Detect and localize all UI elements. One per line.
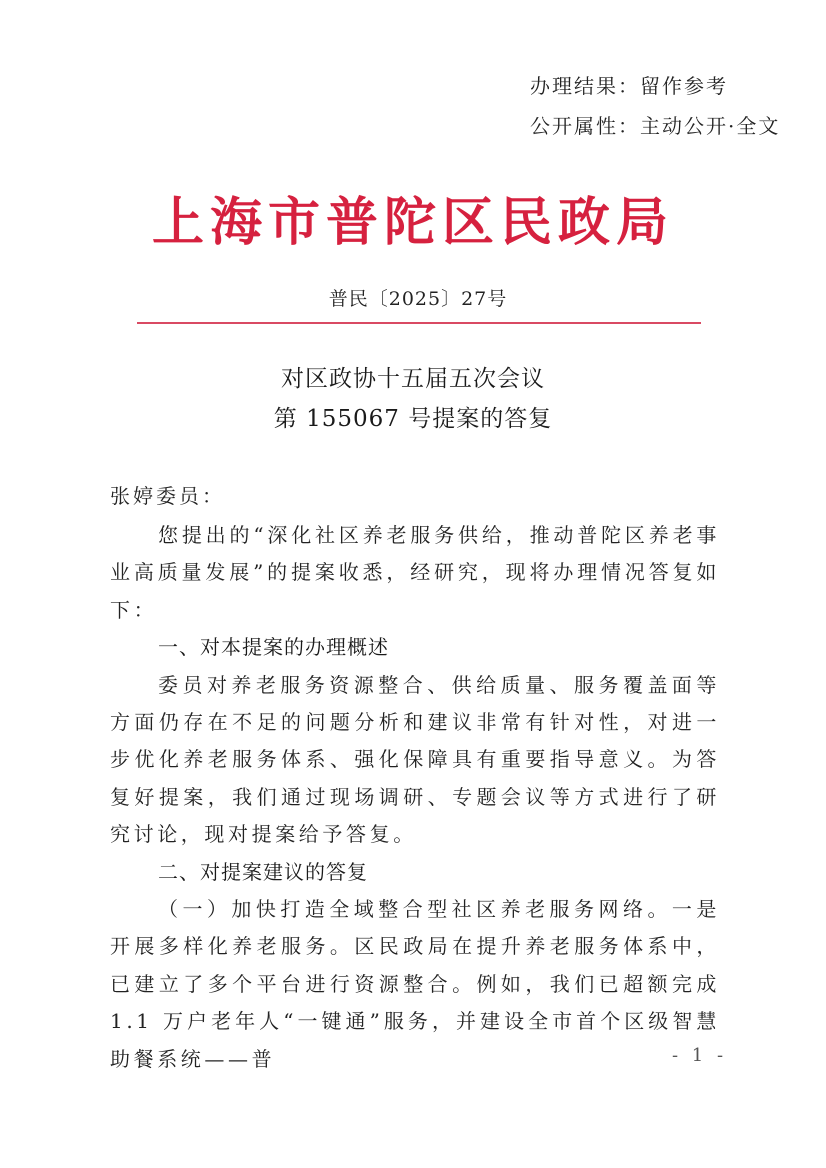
section-heading-overview: 一、对本提案的办理概述 bbox=[110, 629, 720, 666]
handling-result: 办理结果：留作参考 bbox=[530, 70, 728, 99]
body-paragraph-overview: 委员对养老服务资源整合、供给质量、服务覆盖面等方面仍存在不足的问题分析和建议非常… bbox=[110, 667, 720, 854]
salutation: 张婷委员： bbox=[110, 480, 225, 509]
subject-line-1: 对区政协十五届五次会议 bbox=[0, 360, 826, 393]
document-body: 您提出的“深化社区养老服务供给，推动普陀区养老事业高质量发展”的提案收悉，经研究… bbox=[110, 517, 720, 1078]
document-number: 普民〔2025〕27号 bbox=[0, 284, 826, 311]
disclosure-attribute: 公开属性：主动公开·全文 bbox=[530, 110, 780, 139]
section-heading-response: 二、对提案建议的答复 bbox=[110, 854, 720, 891]
body-paragraph-response-1: （一）加快打造全域整合型社区养老服务网络。一是开展多样化养老服务。区民政局在提升… bbox=[110, 891, 720, 1078]
issuing-organization-title: 上海市普陀区民政局 bbox=[0, 180, 826, 255]
page-number: - 1 - bbox=[672, 1045, 727, 1066]
subject-line-2: 第 155067 号提案的答复 bbox=[0, 400, 826, 433]
red-divider-line bbox=[137, 322, 701, 324]
body-paragraph-intro: 您提出的“深化社区养老服务供给，推动普陀区养老事业高质量发展”的提案收悉，经研究… bbox=[110, 517, 720, 629]
